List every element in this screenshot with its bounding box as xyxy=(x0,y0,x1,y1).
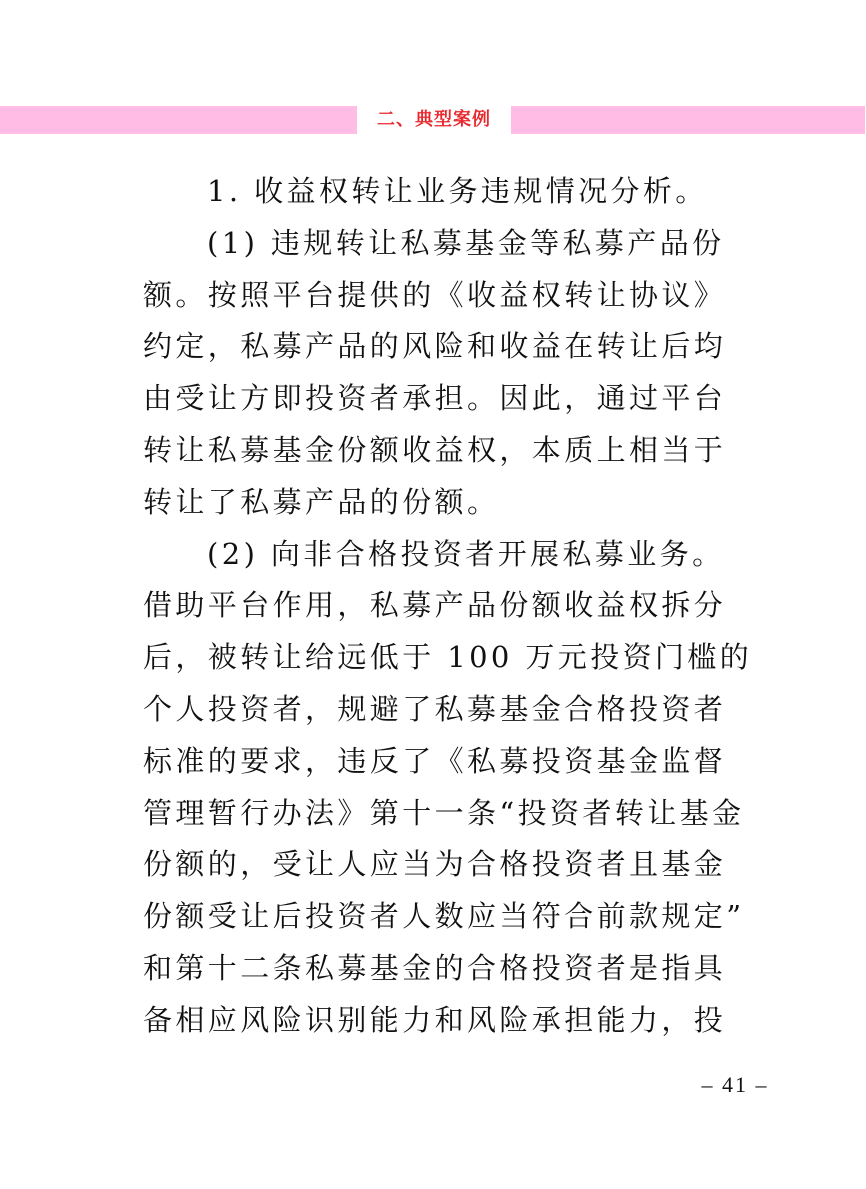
paragraph-1-line: 由受让方即投资者承担。因此，通过平台 xyxy=(143,373,733,425)
section-header-band: 二、典型案例 xyxy=(0,106,866,134)
paragraph-2-line: 后，被转让给远低于 100 万元投资门槛的 xyxy=(143,632,733,684)
paragraph-2-line: 份额受让后投资者人数应当符合前款规定” xyxy=(143,891,733,943)
paragraph-2-line: (2) 向非合格投资者开展私募业务。 xyxy=(143,529,733,581)
paragraph-2-line: 标准的要求，违反了《私募投资基金监督 xyxy=(143,736,733,788)
header-band-left-decoration xyxy=(0,106,357,134)
paragraph-2-line: 和第十二条私募基金的合格投资者是指具 xyxy=(143,943,733,995)
paragraph-1-line: 转让了私募产品的份额。 xyxy=(143,477,733,529)
paragraph-1-line: 约定，私募产品的风险和收益在转让后均 xyxy=(143,321,733,373)
paragraph-2-line: 个人投资者，规避了私募基金合格投资者 xyxy=(143,684,733,736)
paragraph-1-line: 额。按照平台提供的《收益权转让协议》 xyxy=(143,270,733,322)
paragraph-2-line: 借助平台作用，私募产品份额收益权拆分 xyxy=(143,580,733,632)
page-number: – 41 – xyxy=(690,1072,780,1098)
header-band-right-decoration xyxy=(511,106,865,134)
body-text: 1. 收益权转让业务违规情况分析。 (1) 违规转让私募基金等私募产品份 额。按… xyxy=(143,166,733,1047)
paragraph-2-line: 管理暂行办法》第十一条“投资者转让基金 xyxy=(143,788,733,840)
paragraph-1-line: 转让私募基金份额收益权，本质上相当于 xyxy=(143,425,733,477)
section-title: 二、典型案例 xyxy=(357,106,511,134)
paragraph-2-line: 份额的，受让人应当为合格投资者且基金 xyxy=(143,839,733,891)
paragraph-2-line: 备相应风险识别能力和风险承担能力，投 xyxy=(143,995,733,1047)
heading-line: 1. 收益权转让业务违规情况分析。 xyxy=(143,166,733,218)
paragraph-1-line: (1) 违规转让私募基金等私募产品份 xyxy=(143,218,733,270)
